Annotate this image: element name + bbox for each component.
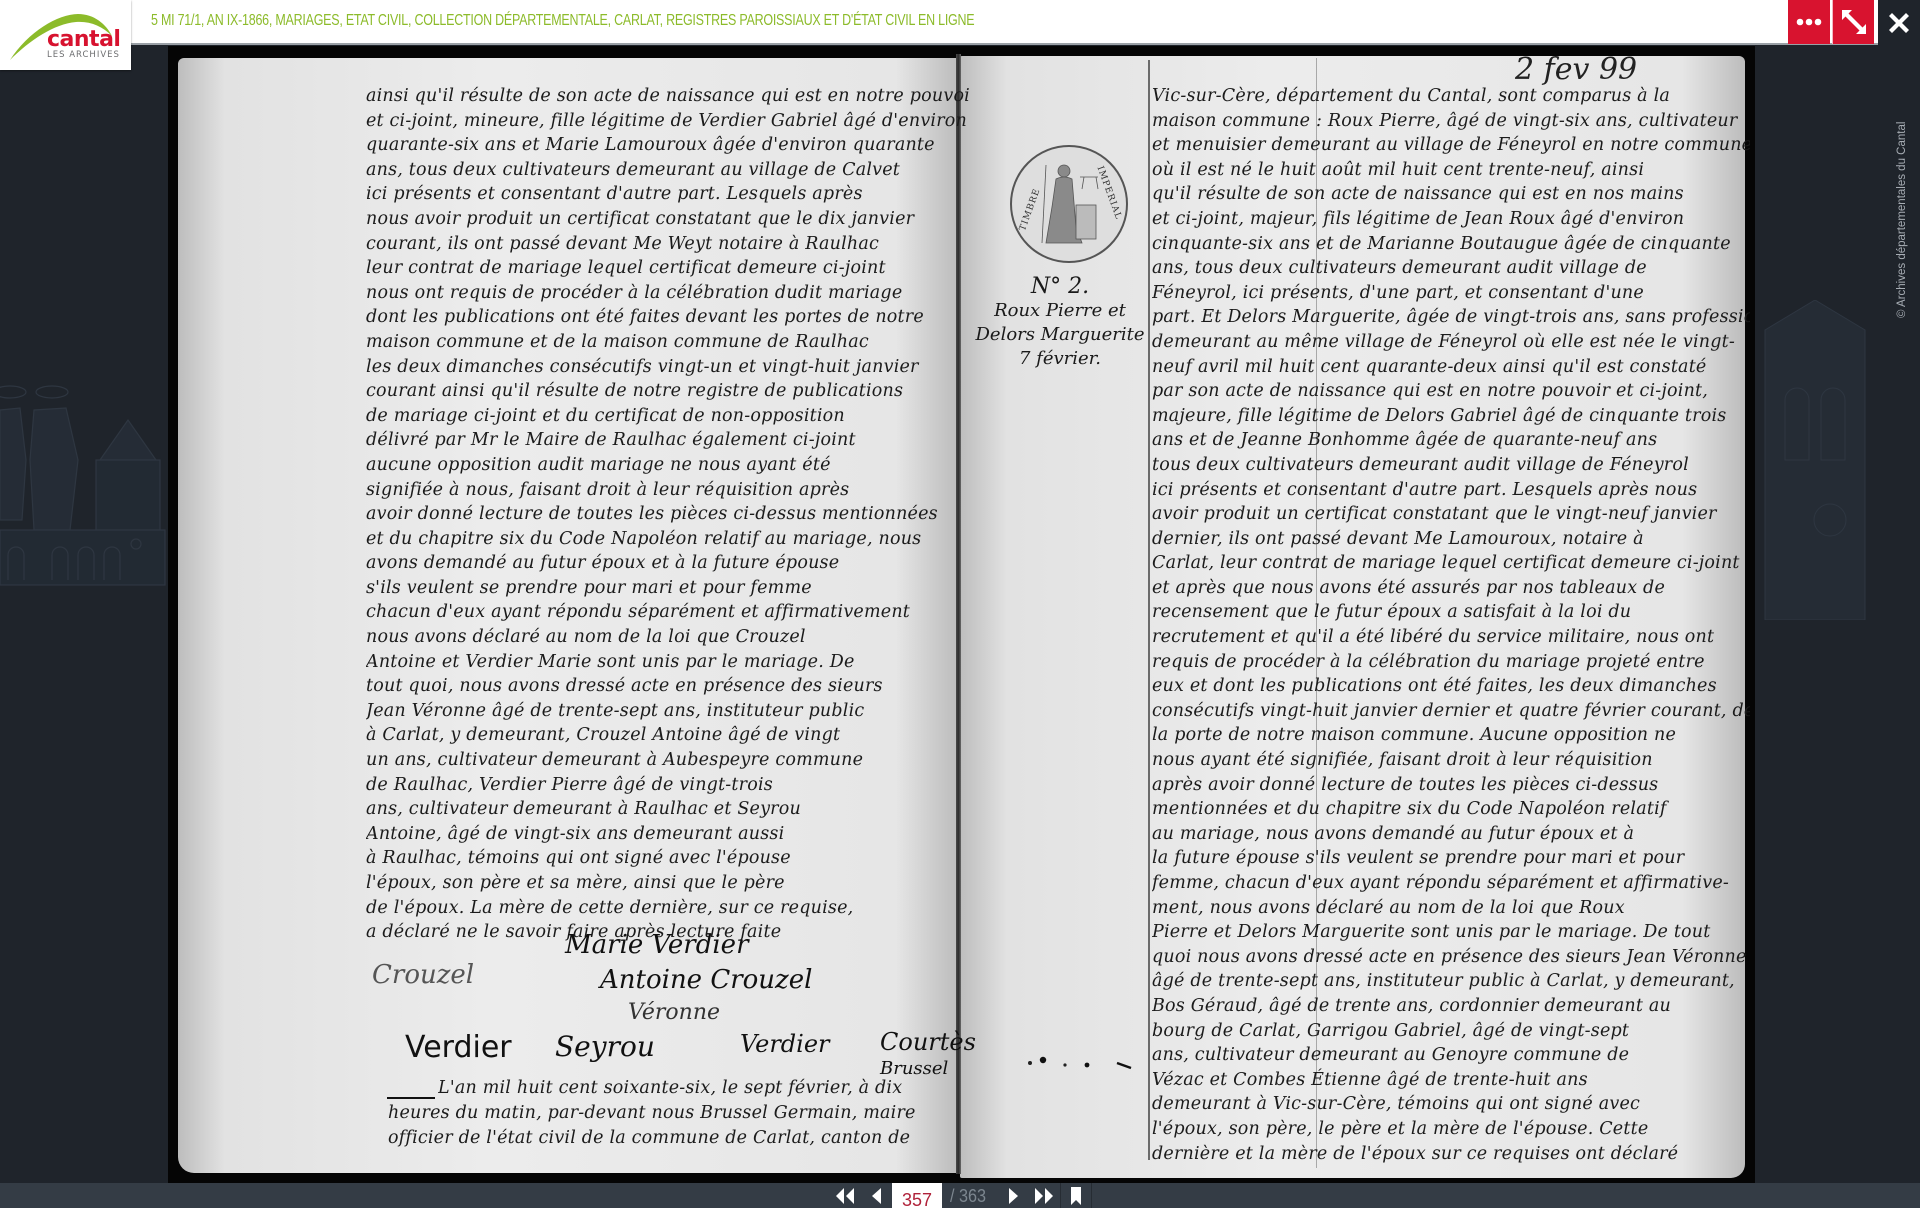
pagination-divider [1091, 1183, 1092, 1208]
double-chevron-right-icon [1033, 1187, 1055, 1205]
logo-subtitle: LES ARCHIVES [47, 50, 120, 60]
logo-text: cantal [47, 27, 120, 52]
signature: Antoine Crouzel [600, 965, 812, 995]
close-button[interactable] [1878, 0, 1920, 45]
top-header: cantal LES ARCHIVES 5 MI 71/1, AN IX-186… [0, 0, 1920, 45]
signature: Marie Verdier [565, 930, 749, 960]
last-page-button[interactable] [1030, 1183, 1058, 1208]
ink-blots [1025, 1055, 1155, 1075]
signature: Crouzel [372, 960, 474, 990]
document-title: 5 MI 71/1, AN IX-1866, MARIAGES, ETAT CI… [151, 12, 974, 30]
close-icon [1888, 12, 1910, 34]
bookmark-icon [1070, 1186, 1082, 1206]
left-page-bottom-line: L'an mil huit cent soixante-six, le sept… [438, 1076, 973, 1101]
chevron-right-icon [1008, 1187, 1020, 1205]
signature: Véronne [628, 1000, 720, 1025]
page-date-note: 2 fev 99 [1515, 52, 1637, 87]
background-illustration-right [1755, 300, 1875, 620]
total-pages: / 363 [950, 1186, 986, 1207]
copyright-text: © Archives départementales du Cantal [1896, 122, 1908, 318]
bookmark-button[interactable] [1062, 1183, 1090, 1208]
pagination-divider [1060, 1183, 1061, 1208]
signature: Seyrou [555, 1030, 655, 1063]
right-page-text: Vic-sur-Cère, département du Cantal, son… [1152, 84, 1750, 1174]
chevron-left-icon [870, 1187, 882, 1205]
more-options-button[interactable] [1788, 0, 1830, 44]
imperial-stamp: TIMBRE IMPERIAL [1010, 145, 1128, 263]
margin-note: N° 2. Roux Pierre et Delors Marguerite 7… [970, 275, 1150, 371]
signature: Courtès [880, 1028, 976, 1056]
ellipsis-icon [1796, 18, 1822, 26]
left-page-text: ainsi qu'il résulte de son acte de naiss… [366, 84, 971, 944]
act-separator-line [387, 1097, 435, 1099]
double-chevron-left-icon [834, 1187, 856, 1205]
cantal-archives-logo[interactable]: cantal LES ARCHIVES [0, 0, 131, 70]
current-page-input[interactable]: 357 [892, 1183, 942, 1208]
signature: Verdier [405, 1030, 512, 1065]
fullscreen-button[interactable] [1832, 0, 1874, 44]
background-illustration-left [0, 330, 170, 630]
pagination-bar: 357 / 363 [0, 1183, 1920, 1208]
first-page-button[interactable] [831, 1183, 859, 1208]
margin-rule [1148, 60, 1150, 1160]
signature: Verdier [740, 1030, 830, 1058]
next-page-button[interactable] [1000, 1183, 1028, 1208]
expand-arrows-icon [1840, 8, 1868, 36]
left-page-bottom-text: heures du matin, par-devant nous Brussel… [388, 1101, 973, 1151]
previous-page-button[interactable] [862, 1183, 890, 1208]
